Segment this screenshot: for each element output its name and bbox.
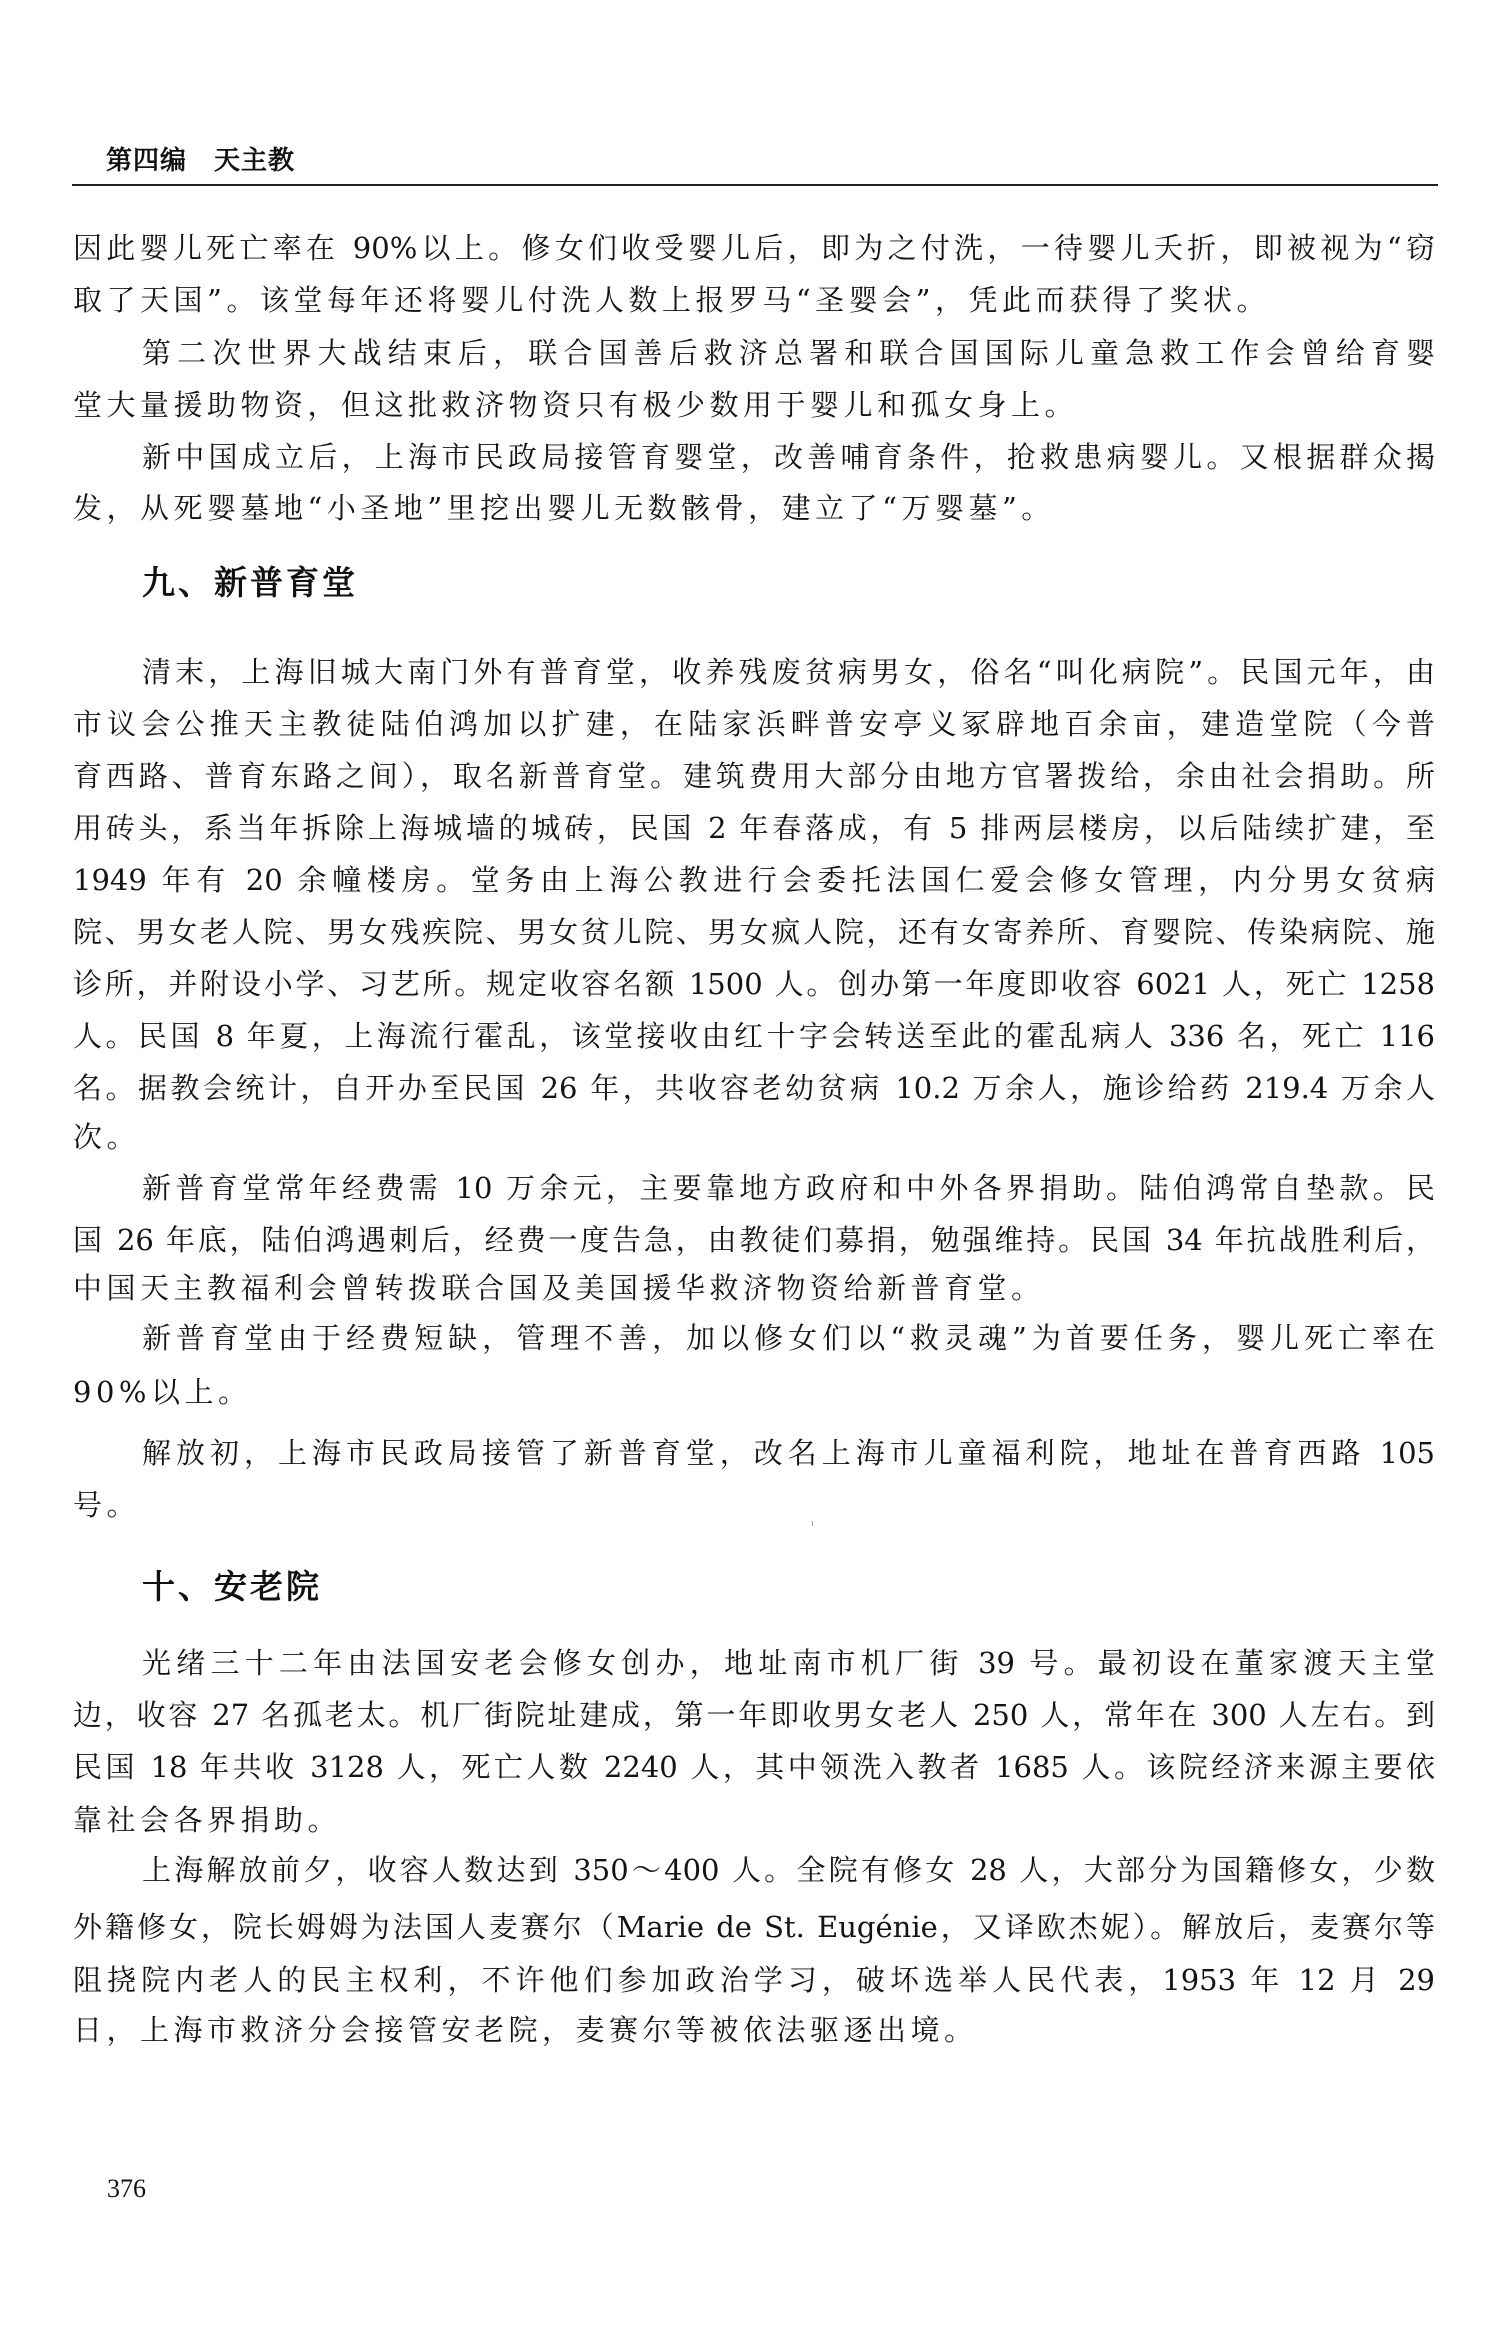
text-line: 国 26 年底，陆伯鸿遇刺后，经费一度告急，由教徒们募捐，勉强维持。民国 34 … (73, 1220, 1435, 1260)
running-head: 第四编 天主教 (106, 140, 295, 177)
scan-speck (812, 1521, 813, 1526)
text-line: 日，上海市救济分会接管安老院，麦赛尔等被依法驱逐出境。 (73, 2010, 1435, 2050)
text-line: 育西路、普育东路之间），取名新普育堂。建筑费用大部分由地方官署拨给，余由社会捐助… (73, 756, 1435, 796)
text-line: 取了天国”。该堂每年还将婴儿付洗人数上报罗马“圣婴会”，凭此而获得了奖状。 (73, 280, 1435, 320)
text-line: 新中国成立后，上海市民政局接管育婴堂，改善哺育条件，抢救患病婴儿。又根据群众揭 (142, 437, 1435, 477)
text-line: 人。民国 8 年夏，上海流行霍乱，该堂接收由红十字会转送至此的霍乱病人 336 … (73, 1016, 1435, 1056)
text-line: 光绪三十二年由法国安老会修女创办，地址南市机厂街 39 号。最初设在董家渡天主堂 (142, 1643, 1435, 1683)
text-line: 民国 18 年共收 3128 人，死亡人数 2240 人，其中领洗入教者 168… (73, 1747, 1435, 1787)
text-line: 院、男女老人院、男女残疾院、男女贫儿院、男女疯人院，还有女寄养所、育婴院、传染病… (73, 912, 1435, 952)
text-line: 发，从死婴墓地“小圣地”里挖出婴儿无数骸骨，建立了“万婴墓”。 (73, 488, 1435, 528)
section-heading: 十、安老院 (142, 1565, 322, 1609)
text-line: 次。 (73, 1117, 1435, 1157)
text-line: 堂大量援助物资，但这批救济物资只有极少数用于婴儿和孤女身上。 (73, 385, 1435, 425)
text-line: 名。据教会统计，自开办至民国 26 年，共收容老幼贫病 10.2 万余人，施诊给… (73, 1068, 1435, 1108)
text-line: 解放初，上海市民政局接管了新普育堂，改名上海市儿童福利院，地址在普育西路 105 (142, 1433, 1435, 1473)
header-rule (72, 184, 1438, 186)
text-line: 中国天主教福利会曾转拨联合国及美国援华救济物资给新普育堂。 (73, 1268, 1435, 1308)
text-line: 新普育堂由于经费短缺，管理不善，加以修女们以“救灵魂”为首要任务，婴儿死亡率在 (142, 1318, 1435, 1358)
text-line: 阻挠院内老人的民主权利，不许他们参加政治学习，破坏选举人民代表，1953 年 1… (73, 1960, 1435, 2000)
text-line: 外籍修女，院长姆姆为法国人麦赛尔（Marie de St. Eugénie，又译… (73, 1907, 1435, 1947)
text-line: 边，收容 27 名孤老太。机厂街院址建成，第一年即收男女老人 250 人，常年在… (73, 1695, 1435, 1735)
page-number: 376 (107, 2174, 146, 2204)
text-line: 靠社会各界捐助。 (73, 1800, 1435, 1840)
text-line: 第二次世界大战结束后，联合国善后救济总署和联合国国际儿童急救工作会曾给育婴 (142, 333, 1435, 373)
text-line: 因此婴儿死亡率在 90%以上。修女们收受婴儿后，即为之付洗，一待婴儿夭折，即被视… (73, 228, 1435, 268)
section-heading: 九、新普育堂 (142, 561, 358, 605)
text-line: 号。 (73, 1485, 1435, 1525)
text-line: 用砖头，系当年拆除上海城墙的城砖，民国 2 年春落成，有 5 排两层楼房，以后陆… (73, 808, 1435, 848)
text-line: 诊所，并附设小学、习艺所。规定收容名额 1500 人。创办第一年度即收容 602… (73, 964, 1435, 1004)
text-line: 1949 年有 20 余幢楼房。堂务由上海公教进行会委托法国仁爱会修女管理，内分… (73, 860, 1435, 900)
text-line: 市议会公推天主教徒陆伯鸿加以扩建，在陆家浜畔普安亭义冢辟地百余亩，建造堂院（今普 (73, 704, 1435, 744)
text-line: 90%以上。 (73, 1372, 1435, 1412)
text-line: 清末，上海旧城大南门外有普育堂，收养残废贫病男女，俗名“叫化病院”。民国元年，由 (142, 652, 1435, 692)
text-line: 上海解放前夕，收容人数达到 350～400 人。全院有修女 28 人，大部分为国… (142, 1850, 1435, 1890)
text-line: 新普育堂常年经费需 10 万余元，主要靠地方政府和中外各界捐助。陆伯鸿常自垫款。… (142, 1168, 1435, 1208)
